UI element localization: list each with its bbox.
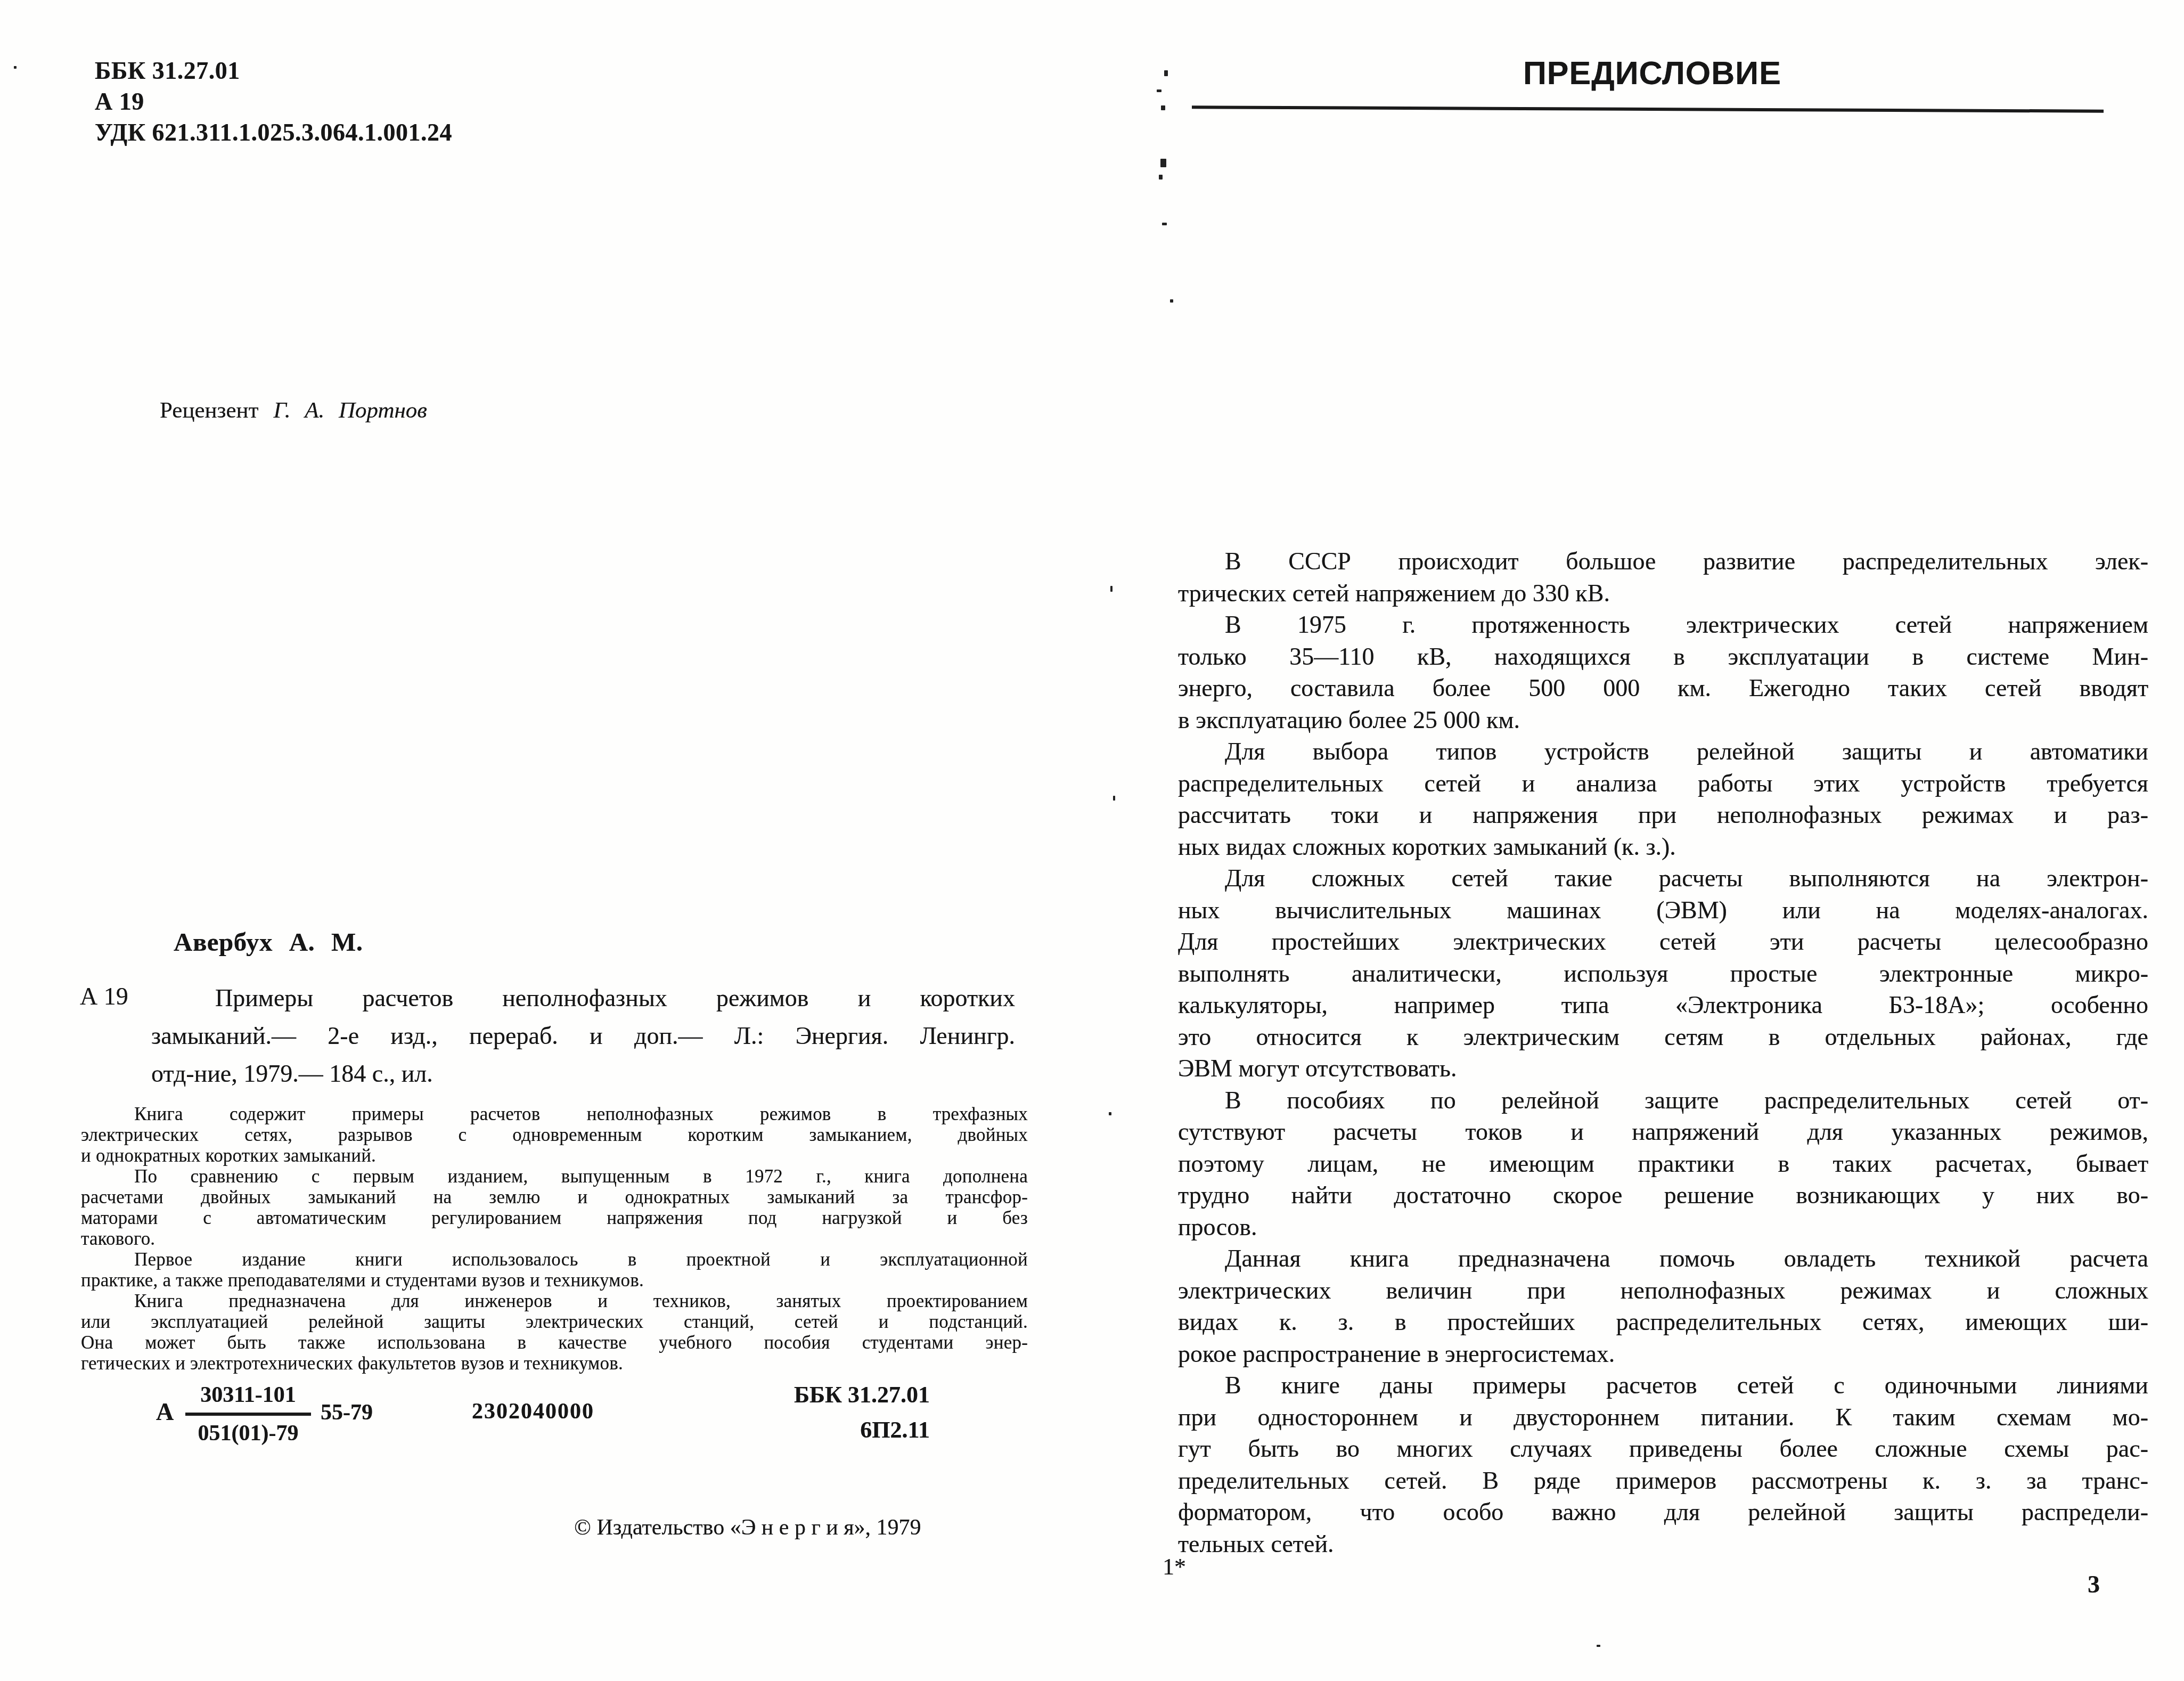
text-line: замыканий.— 2-е изд., перераб. и доп.— Л… — [151, 1017, 1015, 1055]
text-line: Для сложных сетей такие расчеты выполняю… — [1178, 862, 2148, 894]
scan-speck — [1162, 223, 1167, 225]
catalog-bbk: ББК 31.27.01 — [740, 1377, 930, 1413]
text-line: и однократных коротких замыканий. — [81, 1145, 1028, 1166]
classification-codes: ББК 31.27.01 А 19 УДК 621.311.1.025.3.06… — [95, 55, 452, 148]
catalog-order-number: 2302040000 — [472, 1399, 594, 1424]
text-line: распределительных сетей и анализа работы… — [1178, 768, 2148, 799]
page-number: 3 — [2088, 1570, 2100, 1598]
text-line: рассчитать токи и напряжения при неполно… — [1178, 799, 2148, 831]
text-line: тельных сетей. — [1178, 1528, 2148, 1560]
text-line: энерго, составила более 500 000 км. Ежег… — [1178, 672, 2148, 704]
text-line: пределительных сетей. В ряде примеров ра… — [1178, 1465, 2148, 1497]
paragraph: Данная книга предназначена помочь овладе… — [1178, 1243, 2148, 1369]
preface-body: В СССР происходит большое развитие распр… — [1178, 545, 2148, 1560]
text-line: ЭВМ могут отсутствовать. — [1178, 1052, 2148, 1084]
scan-speck — [1113, 796, 1115, 801]
paragraph: В 1975 г. протяженность электрических се… — [1178, 609, 2148, 736]
text-line: в эксплуатацию более 25 000 км. — [1178, 704, 2148, 736]
scan-speck — [1109, 1112, 1111, 1115]
catalog-fraction-denominator: 051(01)-79 — [185, 1416, 311, 1449]
text-line: такового. — [81, 1228, 1028, 1249]
scan-speck — [1110, 586, 1113, 592]
bbk-code: ББК 31.27.01 — [95, 55, 452, 86]
text-line: или эксплуатацией релейной защиты электр… — [81, 1311, 1028, 1332]
text-line: ных вычислительных машинах (ЭВМ) или на … — [1178, 894, 2148, 926]
text-line: рокое распространение в энергосистемах. — [1178, 1338, 2148, 1370]
text-line: Книга содержит примеры расчетов неполноф… — [81, 1104, 1028, 1124]
reviewer-name: Г. А. Портнов — [273, 398, 427, 423]
text-line: В книге даны примеры расчетов сетей с од… — [1178, 1369, 2148, 1401]
paragraph: В СССР происходит большое развитие распр… — [1178, 545, 2148, 609]
scan-speck — [1164, 70, 1168, 76]
text-line: поэтому лицам, не имеющим практики в так… — [1178, 1148, 2148, 1180]
paragraph: Первое издание книги использовалось в пр… — [81, 1249, 1028, 1291]
author-sign-code: А 19 — [95, 86, 452, 117]
scan-speck — [1597, 1645, 1600, 1647]
text-line: трических сетей напряжением до 330 кВ. — [1178, 577, 2148, 609]
text-line: расчетами двойных замыканий на землю и о… — [81, 1187, 1028, 1207]
text-line: только 35—110 кВ, находящихся в эксплуат… — [1178, 641, 2148, 673]
text-line: Первое издание книги использовалось в пр… — [81, 1249, 1028, 1270]
paragraph: В пособиях по релейной защите распредели… — [1178, 1084, 2148, 1243]
text-line: сутствуют расчеты токов и напряжений для… — [1178, 1116, 2148, 1148]
text-line: ных видах сложных коротких замыканий (к.… — [1178, 831, 2148, 863]
header-rule — [1192, 105, 2104, 112]
catalog-fraction: 30311-101 051(01)-79 — [185, 1380, 311, 1449]
annotation-block: Книга содержит примеры расчетов неполноф… — [81, 1104, 1028, 1374]
scan-speck — [1161, 105, 1165, 110]
book-spread-scan: ББК 31.27.01 А 19 УДК 621.311.1.025.3.06… — [0, 0, 2184, 1681]
reviewer-line: РецензентГ. А. Портнов — [160, 397, 427, 423]
bibliographic-entry: Примеры расчетов неполнофазных режимов и… — [151, 979, 1015, 1092]
text-line: практике, а также преподавателями и студ… — [81, 1270, 1028, 1291]
scan-speck — [1170, 299, 1173, 303]
text-line: В СССР происходит большое развитие распр… — [1178, 545, 2148, 577]
text-line: маторами с автоматическим регулированием… — [81, 1207, 1028, 1228]
text-line: при одностороннем и двустороннем питании… — [1178, 1401, 2148, 1433]
scan-speck — [14, 66, 17, 69]
catalog-udc-class: 6П2.11 — [740, 1413, 930, 1448]
signature-mark: 1* — [1163, 1553, 1186, 1580]
text-line: В 1975 г. протяженность электрических се… — [1178, 609, 2148, 641]
text-line: просов. — [1178, 1211, 2148, 1243]
scan-speck — [1160, 159, 1166, 167]
paragraph: Для выбора типов устройств релейной защи… — [1178, 736, 2148, 862]
author-name: Авербух А. М. — [174, 927, 363, 957]
catalog-suffix: 55-79 — [321, 1400, 373, 1425]
catalog-fraction-numerator: 30311-101 — [185, 1380, 311, 1416]
text-line: Книга предназначена для инженеров и техн… — [81, 1291, 1028, 1311]
paragraph: Книга содержит примеры расчетов неполноф… — [81, 1104, 1028, 1166]
reviewer-label: Рецензент — [160, 398, 258, 423]
paragraph: В книге даны примеры расчетов сетей с од… — [1178, 1369, 2148, 1560]
text-line: Данная книга предназначена помочь овладе… — [1178, 1243, 2148, 1275]
paragraph: Книга предназначена для инженеров и техн… — [81, 1291, 1028, 1374]
text-line: трудно найти достаточно скорое решение в… — [1178, 1179, 2148, 1211]
text-line: это относится к электрическим сетям в от… — [1178, 1021, 2148, 1053]
text-line: гут быть во многих случаях приведены бол… — [1178, 1433, 2148, 1465]
text-line: электрических величин при неполнофазных … — [1178, 1275, 2148, 1307]
page-title: ПРЕДИСЛОВИЕ — [1523, 54, 1771, 92]
text-line: В пособиях по релейной защите распредели… — [1178, 1084, 2148, 1116]
paragraph: По сравнению с первым изданием, выпущенн… — [81, 1166, 1028, 1249]
bib-entry-code: А 19 — [80, 982, 128, 1010]
text-line: Для выбора типов устройств релейной защи… — [1178, 736, 2148, 768]
text-line: Примеры расчетов неполнофазных режимов и… — [151, 979, 1015, 1017]
text-line: отд-ние, 1979.— 184 с., ил. — [151, 1055, 1015, 1092]
text-line: видах к. з. в простейших распределительн… — [1178, 1306, 2148, 1338]
paragraph: Для сложных сетей такие расчеты выполняю… — [1178, 862, 2148, 1084]
text-line: электрических сетях, разрывов с одноврем… — [81, 1124, 1028, 1145]
udk-code: УДК 621.311.1.025.3.064.1.001.24 — [95, 117, 452, 148]
text-line: гетических и электротехнических факульте… — [81, 1353, 1028, 1374]
scan-speck — [1157, 89, 1161, 92]
text-line: Она может быть также использована в каче… — [81, 1332, 1028, 1353]
text-line: выполнять аналитически, используя просты… — [1178, 958, 2148, 990]
text-line: калькуляторы, например типа «Электроника… — [1178, 989, 2148, 1021]
catalog-letter: А — [156, 1398, 174, 1426]
scan-speck — [1159, 175, 1163, 179]
text-line: По сравнению с первым изданием, выпущенн… — [81, 1166, 1028, 1187]
text-line: форматором, что особо важно для релейной… — [1178, 1496, 2148, 1528]
text-line: Для простейших электрических сетей эти р… — [1178, 926, 2148, 958]
copyright-line: © Издательство «Э н е р г и я», 1979 — [574, 1515, 921, 1540]
catalog-bbk-block: ББК 31.27.01 6П2.11 — [740, 1377, 930, 1448]
